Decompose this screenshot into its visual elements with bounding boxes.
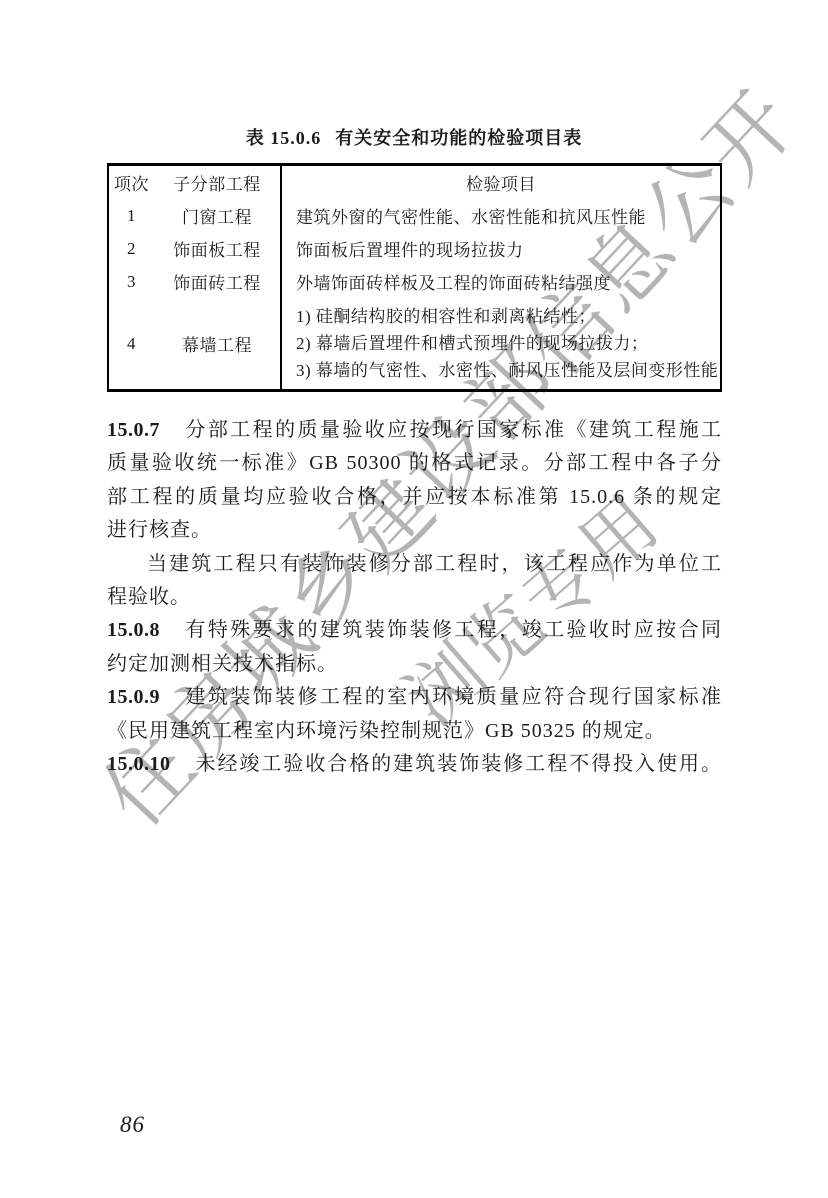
header-cell-sub: 子分部工程 <box>154 166 280 199</box>
clause-15-0-8-line: 15.0.8有特殊要求的建筑装饰装修工程，竣工验收时应按合同 <box>107 614 722 647</box>
inspection-items-table: 项次 子分部工程 检验项目 1 门窗工程 建筑外窗的气密性能、水密性能和抗风压性… <box>107 163 722 392</box>
clause-15-0-7-line: 15.0.7分部工程的质量验收应按现行国家标准《建筑工程施工 <box>107 414 722 447</box>
clause-text: 建筑装饰装修工程的室内环境质量应符合现行国家标准 <box>184 686 722 708</box>
unit-acceptance-line: 程验收。 <box>107 581 722 614</box>
clause-15-0-9-line: 15.0.9建筑装饰装修工程的室内环境质量应符合现行国家标准 <box>107 681 722 714</box>
header-cell-item: 检验项目 <box>280 166 720 199</box>
cell-item: 1) 硅酮结构胶的相容性和剥离粘结性； <box>296 303 720 330</box>
cell-item: 饰面板后置埋件的现场拉拔力 <box>280 232 720 265</box>
table-row: 4 幕墙工程 1) 硅酮结构胶的相容性和剥离粘结性； 2) 幕墙后置埋件和槽式预… <box>109 298 720 389</box>
clause-15-0-8-line: 约定加测相关技术指标。 <box>107 648 722 681</box>
cell-sub-work: 门窗工程 <box>154 199 280 232</box>
clause-15-0-9-line: 《民用建筑工程室内环境污染控制规范》GB 50325 的规定。 <box>107 715 722 748</box>
document-page: 住房城乡建设部信息公开 浏览专用 表 15.0.6有关安全和功能的检验项目表 项… <box>0 0 828 1198</box>
clause-15-0-7-line: 质量验收统一标准》GB 50300 的格式记录。分部工程中各子分 <box>107 447 722 480</box>
clause-15-0-10-line: 15.0.10未经竣工验收合格的建筑装饰装修工程不得投入使用。 <box>107 748 722 781</box>
table-caption: 表 15.0.6有关安全和功能的检验项目表 <box>0 124 828 150</box>
table-caption-text: 有关安全和功能的检验项目表 <box>335 128 582 148</box>
cell-sub-work: 饰面板工程 <box>154 232 280 265</box>
clauses-body: 15.0.7分部工程的质量验收应按现行国家标准《建筑工程施工 质量验收统一标准》… <box>107 414 722 781</box>
clause-text: 未经竣工验收合格的建筑装饰装修工程不得投入使用。 <box>195 753 723 775</box>
clause-number: 15.0.10 <box>107 753 171 775</box>
clause-text: 有特殊要求的建筑装饰装修工程，竣工验收时应按合同 <box>184 619 722 641</box>
table-row: 2 饰面板工程 饰面板后置埋件的现场拉拔力 <box>109 232 720 265</box>
table-row: 3 饰面砖工程 外墙饰面砖样板及工程的饰面砖粘结强度 <box>109 265 720 298</box>
clause-number: 15.0.7 <box>107 419 160 441</box>
table-header-row: 项次 子分部工程 检验项目 <box>109 166 720 199</box>
unit-acceptance-line: 当建筑工程只有装饰装修分部工程时，该工程应作为单位工 <box>107 548 722 581</box>
clause-text: 分部工程的质量验收应按现行国家标准《建筑工程施工 <box>184 419 722 441</box>
table-row: 1 门窗工程 建筑外窗的气密性能、水密性能和抗风压性能 <box>109 199 720 232</box>
clause-15-0-7-line: 进行核查。 <box>107 514 722 547</box>
cell-sub-work: 饰面砖工程 <box>154 265 280 298</box>
clause-number: 15.0.9 <box>107 686 160 708</box>
cell-row-no: 3 <box>109 265 154 298</box>
cell-row-no: 2 <box>109 232 154 265</box>
clause-number: 15.0.8 <box>107 619 160 641</box>
cell-item-list: 1) 硅酮结构胶的相容性和剥离粘结性； 2) 幕墙后置埋件和槽式预埋件的现场拉拔… <box>280 298 720 389</box>
cell-item: 外墙饰面砖样板及工程的饰面砖粘结强度 <box>280 265 720 298</box>
clause-15-0-7-line: 部工程的质量均应验收合格，并应按本标准第 15.0.6 条的规定 <box>107 481 722 514</box>
header-cell-no: 项次 <box>109 166 154 199</box>
cell-row-no: 4 <box>109 298 154 389</box>
page-content: 表 15.0.6有关安全和功能的检验项目表 项次 子分部工程 检验项目 1 门窗… <box>0 0 828 1198</box>
page-number: 86 <box>120 1112 145 1138</box>
cell-row-no: 1 <box>109 199 154 232</box>
cell-item: 3) 幕墙的气密性、水密性、耐风压性能及层间变形性能 <box>296 357 720 384</box>
cell-item: 建筑外窗的气密性能、水密性能和抗风压性能 <box>280 199 720 232</box>
cell-sub-work: 幕墙工程 <box>154 298 280 389</box>
table-caption-number: 表 15.0.6 <box>246 128 322 148</box>
cell-item: 2) 幕墙后置埋件和槽式预埋件的现场拉拔力； <box>296 330 720 357</box>
